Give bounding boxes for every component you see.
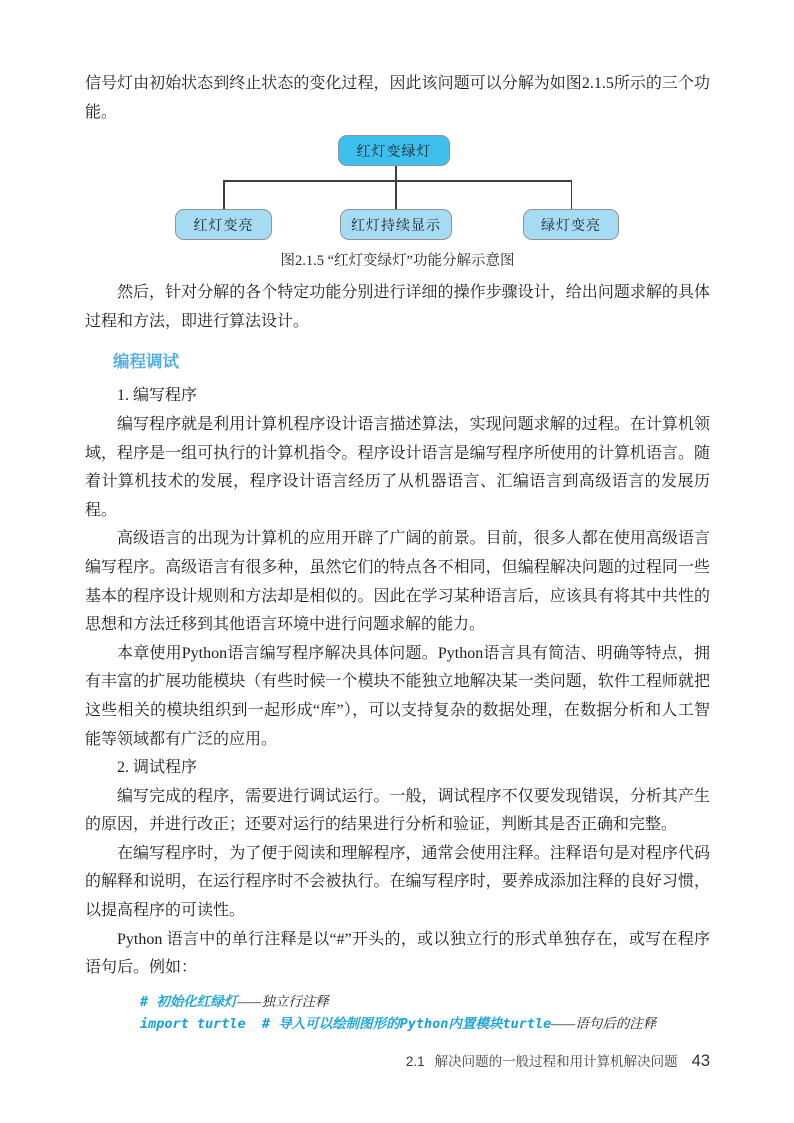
- section-heading-programming-debugging: 编程调试: [85, 351, 710, 373]
- diagram-horizontal-line: [223, 180, 572, 182]
- function-decomposition-diagram: 红灯变绿灯 红灯变亮 红灯持续显示 绿灯变亮 图2.1.5 “红灯变绿灯”功能分…: [85, 133, 710, 271]
- diagram-stub-left: [223, 180, 225, 209]
- paragraph-intro: 信号灯由初始状态到终止状态的变化过程，因此该问题可以分解为如图2.1.5所示的三…: [85, 70, 710, 127]
- diagram-child-box-3: 绿灯变亮: [523, 209, 619, 240]
- code-example-block: # 初始化红绿灯——独立行注释 import turtle # 导入可以绘制图形…: [85, 991, 710, 1035]
- paragraph-write-3: 本章使用Python语言编写程序解决具体问题。Python语言具有简洁、明确等特…: [85, 640, 710, 754]
- paragraph-write-2: 高级语言的出现为计算机的应用开辟了广阔的前景。目前，很多人都在使用高级语言编写程…: [85, 525, 710, 639]
- paragraph-debug-1: 编写完成的程序，需要进行调试运行。一般，调试程序不仅要发现错误，分析其产生的原因…: [85, 783, 710, 840]
- diagram-stub-middle: [395, 180, 397, 209]
- paragraph-write-1: 编写程序就是利用计算机程序设计语言描述算法，实现问题求解的过程。在计算机领域，程…: [85, 411, 710, 525]
- diagram-child-box-2: 红灯持续显示: [340, 209, 452, 240]
- page-footer: 2.1 解决问题的一般过程和用计算机解决问题 43: [406, 1050, 710, 1071]
- diagram-root-box: 红灯变绿灯: [338, 135, 450, 166]
- diagram-child-box-1: 红灯变亮: [175, 209, 272, 240]
- paragraph-comment-intro: Python 语言中的单行注释是以“#”开头的，或以独立行的形式单独存在，或写在…: [85, 926, 710, 983]
- figure-caption: 图2.1.5 “红灯变绿灯”功能分解示意图: [85, 249, 710, 270]
- code-annotation-1: ——独立行注释: [237, 994, 329, 1009]
- book-page: 信号灯由初始状态到终止状态的变化过程，因此该问题可以分解为如图2.1.5所示的三…: [0, 0, 794, 1123]
- diagram-stub-right: [571, 180, 573, 209]
- code-text-1: # 初始化红绿灯: [140, 994, 237, 1010]
- code-line-2: import turtle # 导入可以绘制图形的Python内置模块turtl…: [140, 1013, 710, 1035]
- paragraph-debug-2: 在编写程序时，为了便于阅读和理解程序，通常会使用注释。注释语句是对程序代码的解释…: [85, 840, 710, 926]
- footer-page-number: 43: [692, 1052, 710, 1071]
- diagram-trunk-line: [395, 166, 397, 181]
- code-line-1: # 初始化红绿灯——独立行注释: [140, 991, 710, 1013]
- subsection-1-write-program: 1. 编写程序: [85, 382, 710, 411]
- paragraph-then: 然后，针对分解的各个特定功能分别进行详细的操作步骤设计，给出问题求解的具体过程和…: [85, 279, 710, 336]
- page-content: 信号灯由初始状态到终止状态的变化过程，因此该问题可以分解为如图2.1.5所示的三…: [85, 70, 710, 1035]
- code-annotation-2: ——语句后的注释: [551, 1016, 656, 1031]
- code-text-2: import turtle # 导入可以绘制图形的Python内置模块turtl…: [140, 1016, 551, 1032]
- subsection-2-debug-program: 2. 调试程序: [85, 754, 710, 783]
- footer-chapter-title: 解决问题的一般过程和用计算机解决问题: [435, 1050, 678, 1070]
- footer-section-number: 2.1: [406, 1054, 425, 1069]
